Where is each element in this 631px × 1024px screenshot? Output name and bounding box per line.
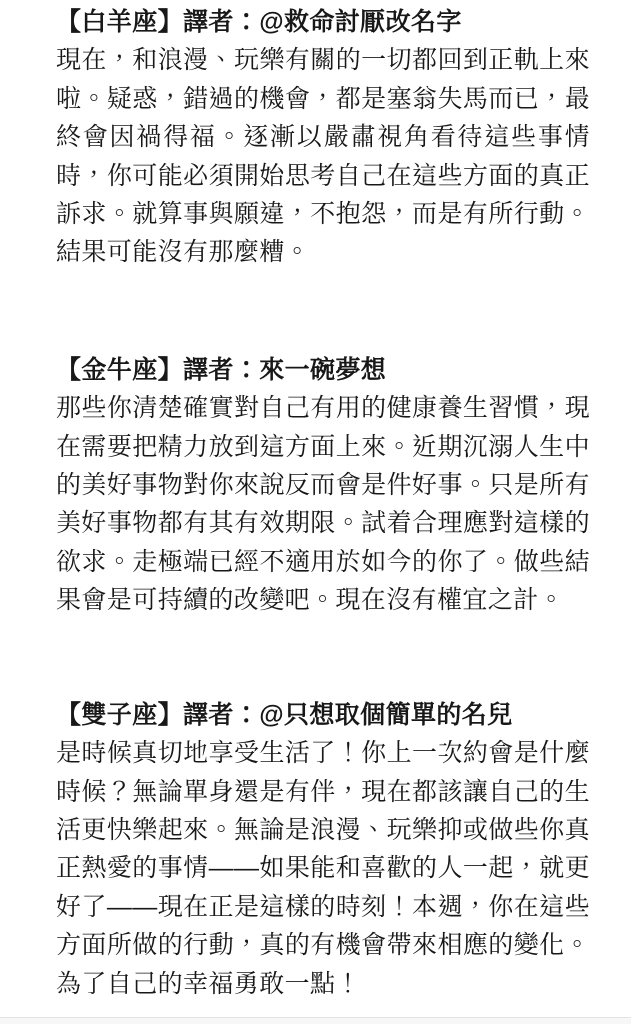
horoscope-section-gemini: 【雙子座】譯者：@只想取個簡單的名兒 是時候真切地享受生活了！你上一次約會是什麼… [56, 696, 590, 1003]
body-line: 方面所做的行動，真的有機會帶來相應的變化。 [56, 926, 590, 964]
body-line: 那些你清楚確實對自己有用的健康養生習慣，現 [56, 389, 590, 427]
body-line: 結果可能沒有那麼糟。 [56, 233, 590, 271]
body-line: 現在，和浪漫、玩樂有關的一切都回到正軌上來 [56, 41, 590, 79]
body-line: 是時候真切地享受生活了！你上一次約會是什麼 [56, 734, 590, 772]
body-line: 時候？無論單身還是有伴，現在都該讓自己的生 [56, 773, 590, 811]
body-line: 終會因禍得福。逐漸以嚴肅視角看待這些事情 [56, 118, 590, 156]
bottom-panel-edge [0, 1018, 631, 1024]
article-content: 【白羊座】譯者：@救命討厭改名字 現在，和浪漫、玩樂有關的一切都回到正軌上來啦。… [0, 0, 631, 1003]
body-line: 啦。疑惑，錯過的機會，都是塞翁失馬而已，最 [56, 80, 590, 118]
body-line: 活更快樂起來。無論是浪漫、玩樂抑或做些你真 [56, 811, 590, 849]
body-line: 的美好事物對你來說反而會是件好事。只是所有 [56, 466, 590, 504]
horoscope-section-aries: 【白羊座】譯者：@救命討厭改名字 現在，和浪漫、玩樂有關的一切都回到正軌上來啦。… [56, 3, 590, 272]
horoscope-section-taurus: 【金牛座】譯者：來一碗夢想 那些你清楚確實對自己有用的健康養生習慣，現在需要把精… [56, 351, 590, 620]
body-line: 好了——現在正是這樣的時刻！本週，你在這些 [56, 888, 590, 926]
body-line: 訴求。就算事與願違，不抱怨，而是有所行動。 [56, 195, 590, 233]
section-body: 那些你清楚確實對自己有用的健康養生習慣，現在需要把精力放到這方面上來。近期沉溺人… [56, 389, 590, 619]
body-line: 欲求。走極端已經不適用於如今的你了。做些結 [56, 543, 590, 581]
section-heading: 【金牛座】譯者：來一碗夢想 [56, 351, 590, 389]
section-body: 是時候真切地享受生活了！你上一次約會是什麼時候？無論單身還是有伴，現在都該讓自己… [56, 734, 590, 1003]
body-line: 美好事物都有其有效期限。試着合理應對這樣的 [56, 504, 590, 542]
body-line: 時，你可能必須開始思考自己在這些方面的真正 [56, 157, 590, 195]
section-heading: 【白羊座】譯者：@救命討厭改名字 [56, 3, 590, 41]
body-line: 在需要把精力放到這方面上來。近期沉溺人生中 [56, 428, 590, 466]
section-heading: 【雙子座】譯者：@只想取個簡單的名兒 [56, 696, 590, 734]
body-line: 為了自己的幸福勇敢一點！ [56, 965, 590, 1003]
body-line: 果會是可持續的改變吧。現在沒有權宜之計。 [56, 581, 590, 619]
body-line: 正熱愛的事情——如果能和喜歡的人一起，就更 [56, 849, 590, 887]
section-body: 現在，和浪漫、玩樂有關的一切都回到正軌上來啦。疑惑，錯過的機會，都是塞翁失馬而已… [56, 41, 590, 271]
